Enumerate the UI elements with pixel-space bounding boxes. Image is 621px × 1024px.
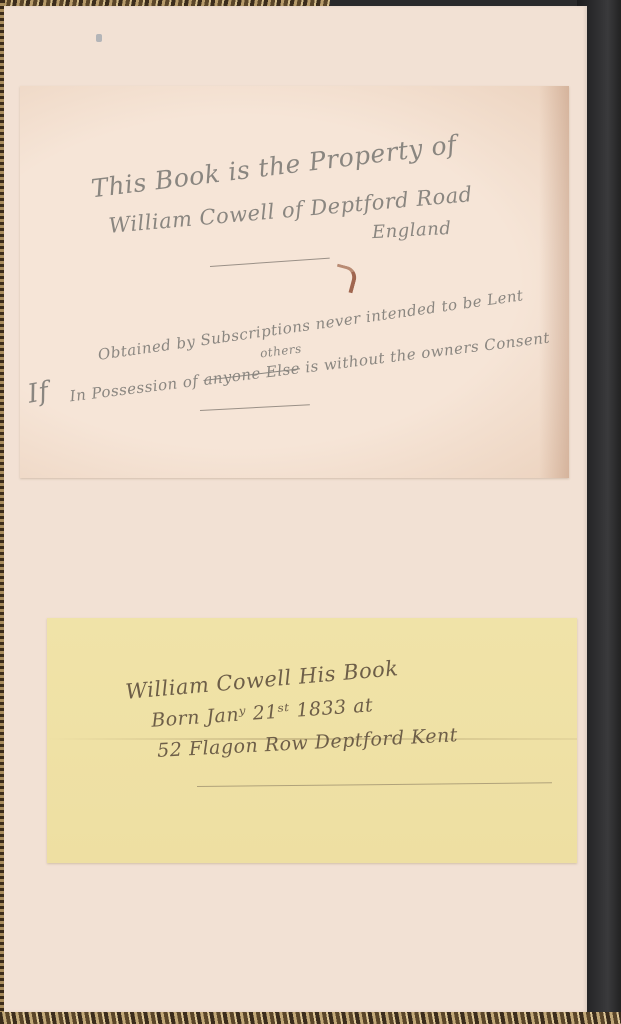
inscription-prefix-if: If: [26, 376, 52, 409]
divider-rule-1: [210, 258, 330, 267]
inscription-line-3: England: [372, 218, 452, 243]
bottom-line-3: 52 Flagon Row Deptford Kent: [157, 724, 459, 762]
struck-text: anyone Else: [202, 359, 301, 389]
ownership-card-top: This Book is the Property of William Cow…: [20, 86, 569, 478]
inscription-line-5-b: is without the owners Consent: [299, 329, 551, 378]
inserted-word: others: [259, 342, 302, 361]
ownership-card-bottom: William Cowell His Book Born Janʸ 21ˢᵗ 1…: [47, 618, 577, 863]
decorative-border-bottom: [0, 1012, 621, 1024]
flyleaf-page: This Book is the Property of William Cow…: [4, 6, 587, 1012]
dust-spot: [96, 34, 102, 42]
underline-rule: [197, 782, 552, 787]
inscription-line-5-a: In Possession of: [69, 371, 205, 405]
ink-stain: [331, 264, 359, 294]
divider-rule-2: [200, 404, 310, 411]
bottom-line-2: Born Janʸ 21ˢᵗ 1833 at: [151, 694, 374, 731]
